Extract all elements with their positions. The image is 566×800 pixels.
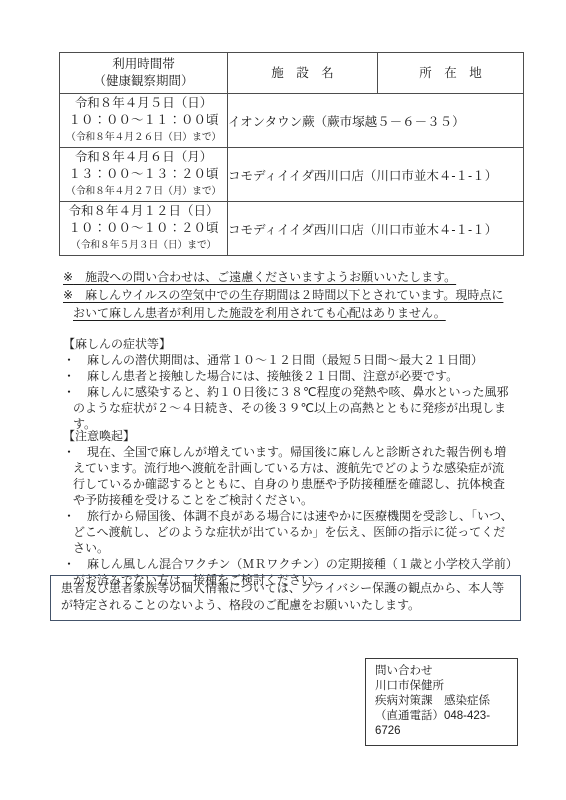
observation-until: （令和８年４月２７日（月）まで） (60, 183, 227, 200)
period-header-line2: （健康観察期間） (60, 73, 227, 90)
note-item: ※麻しんウイルスの空気中での生存期間は２時間以下とされています。現時点において麻… (63, 286, 515, 322)
period-header-line1: 利用時間帯 (60, 56, 227, 73)
period-cell: 令和８年４月６日（月） １３：００～１３：２０頃 （令和８年４月２７日（月）まで… (60, 148, 228, 202)
document-page: 利用時間帯 （健康観察期間） 施 設 名 所 在 地 令和８年４月５日（日） １… (0, 0, 566, 800)
observation-until: （令和８年５月３日（日）まで） (60, 237, 227, 254)
bullet-item: ・麻しんの潜伏期間は、通常１０～１２日間（最短５日間～最大２１日間） (63, 352, 513, 368)
contact-phone: （直通電話）048-423-6726 (375, 709, 509, 739)
visit-time: １０：００～１１：００頃 (60, 112, 227, 129)
bullet-item: ・麻しんに感染すると、約１０日後に３８℃程度の発熱や咳、鼻水といった風邪のような… (63, 384, 513, 432)
bullet-marker: ・ (63, 369, 87, 383)
facility-cell: イオンタウン蕨（蕨市塚越５－６－３５） (228, 94, 524, 148)
note-item: ※施設への問い合わせは、ご遠慮くださいますようお願いいたします。 (63, 268, 515, 286)
bullet-marker: ・ (63, 557, 87, 571)
table-header-row: 利用時間帯 （健康観察期間） 施 設 名 所 在 地 (60, 53, 524, 94)
bullet-text: 麻しん患者と接触した場合には、接触後２１日間、注意が必要です。 (87, 369, 458, 383)
note-text: 施設への問い合わせは、ご遠慮くださいますようお願いいたします。 (85, 270, 456, 284)
bullet-text: 旅行から帰国後、体調不良がある場合には速やかに医療機関を受診し、「いつ、どこへ渡… (73, 509, 513, 555)
symptoms-section: 【麻しんの症状等】 ・麻しんの潜伏期間は、通常１０～１２日間（最短５日間～最大２… (63, 336, 513, 432)
note-text: 麻しんウイルスの空気中での生存期間は２時間以下とされています。現時点において麻し… (73, 288, 503, 320)
bullet-item: ・旅行から帰国後、体調不良がある場合には速やかに医療機関を受診し、「いつ、どこへ… (63, 508, 513, 556)
facility-cell: コモディイイダ西川口店（川口市並木４-１-１） (228, 148, 524, 202)
privacy-notice-text: 患者及び患者家族等の個人情報については、プライバシー保護の観点から、本人等が特定… (61, 581, 504, 612)
contact-department: 疾病対策課 感染症係 (375, 694, 509, 709)
table-row: 令和８年４月５日（日） １０：００～１１：００頃 （令和８年４月２６日（日）まで… (60, 94, 524, 148)
caution-heading: 【注意喚起】 (63, 428, 513, 444)
visit-date: 令和８年４月１２日（日） (60, 203, 227, 220)
bullet-text: 麻しんの潜伏期間は、通常１０～１２日間（最短５日間～最大２１日間） (87, 353, 483, 367)
visit-date: 令和８年４月６日（月） (60, 149, 227, 166)
bullet-item: ・現在、全国で麻しんが増えています。帰国後に麻しんと診断された報告例も増えていま… (63, 444, 513, 508)
table-row: 令和８年４月６日（月） １３：００～１３：２０頃 （令和８年４月２７日（月）まで… (60, 148, 524, 202)
column-header-facility: 施 設 名 (228, 53, 378, 94)
privacy-notice-box: 患者及び患者家族等の個人情報については、プライバシー保護の観点から、本人等が特定… (50, 575, 521, 621)
contact-organization: 川口市保健所 (375, 679, 509, 694)
bullet-marker: ・ (63, 353, 87, 367)
period-cell: 令和８年４月１２日（日） １０：００～１０：２０頃 （令和８年５月３日（日）まで… (60, 202, 228, 256)
bullet-item: ・麻しん患者と接触した場合には、接触後２１日間、注意が必要です。 (63, 368, 513, 384)
table-row: 令和８年４月１２日（日） １０：００～１０：２０頃 （令和８年５月３日（日）まで… (60, 202, 524, 256)
visit-time: １０：００～１０：２０頃 (60, 220, 227, 237)
symptoms-heading: 【麻しんの症状等】 (63, 336, 513, 352)
facility-cell: コモディイイダ西川口店（川口市並木４-１-１） (228, 202, 524, 256)
column-header-address: 所 在 地 (378, 53, 524, 94)
caution-section: 【注意喚起】 ・現在、全国で麻しんが増えています。帰国後に麻しんと診断された報告… (63, 428, 513, 588)
visit-time: １３：００～１３：２０頃 (60, 166, 227, 183)
notes-section: ※施設への問い合わせは、ご遠慮くださいますようお願いいたします。 ※麻しんウイル… (63, 268, 515, 322)
reference-mark: ※ (63, 270, 85, 284)
column-header-period: 利用時間帯 （健康観察期間） (60, 53, 228, 94)
visit-date: 令和８年４月５日（日） (60, 95, 227, 112)
period-cell: 令和８年４月５日（日） １０：００～１１：００頃 （令和８年４月２６日（日）まで… (60, 94, 228, 148)
bullet-text: 麻しんに感染すると、約１０日後に３８℃程度の発熱や咳、鼻水といった風邪のような症… (73, 385, 509, 431)
exposure-schedule-table: 利用時間帯 （健康観察期間） 施 設 名 所 在 地 令和８年４月５日（日） １… (59, 52, 524, 256)
observation-until: （令和８年４月２６日（日）まで） (60, 129, 227, 146)
bullet-marker: ・ (63, 385, 87, 399)
contact-title: 問い合わせ (375, 664, 509, 679)
contact-box: 問い合わせ 川口市保健所 疾病対策課 感染症係 （直通電話）048-423-67… (365, 658, 518, 746)
bullet-text: 現在、全国で麻しんが増えています。帰国後に麻しんと診断された報告例も増えています… (73, 445, 506, 507)
reference-mark: ※ (63, 288, 85, 302)
bullet-marker: ・ (63, 509, 87, 523)
bullet-marker: ・ (63, 445, 87, 459)
